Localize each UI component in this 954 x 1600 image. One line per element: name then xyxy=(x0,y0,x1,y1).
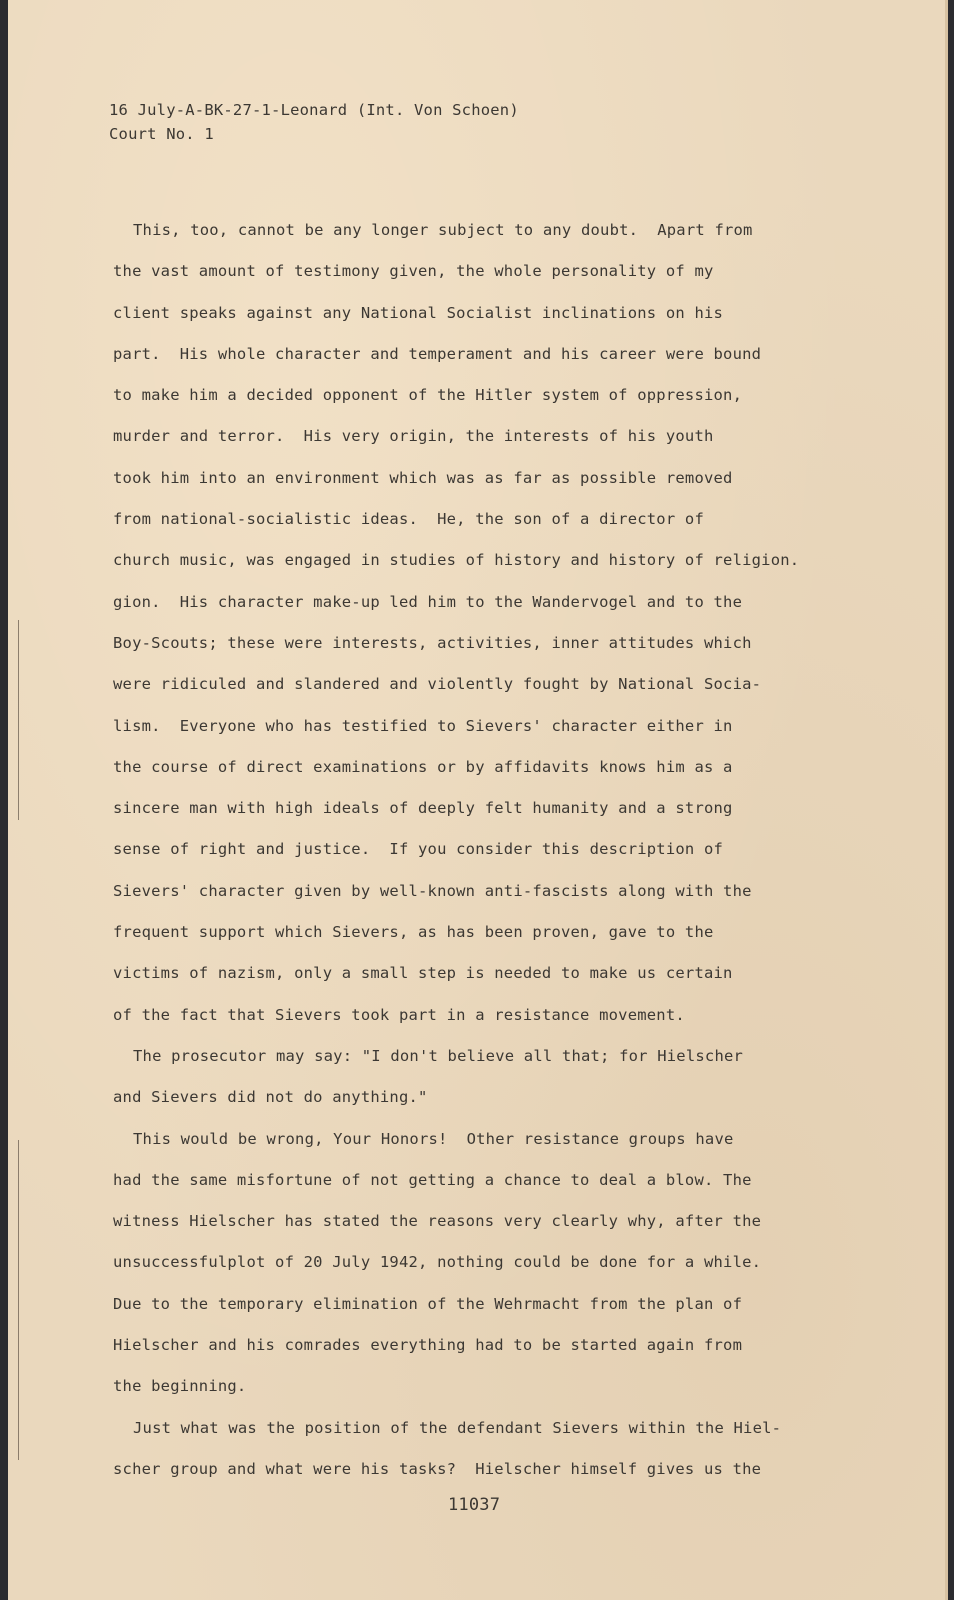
text-line: were ridiculed and slandered and violent… xyxy=(113,672,873,713)
text-line: Sievers' character given by well-known a… xyxy=(113,879,873,920)
text-line: This, too, cannot be any longer subject … xyxy=(113,218,873,259)
document-header: 16 July-A-BK-27-1-Leonard (Int. Von Scho… xyxy=(109,98,519,146)
text-line: Just what was the position of the defend… xyxy=(113,1416,873,1457)
text-line: client speaks against any National Socia… xyxy=(113,301,873,342)
text-line: sincere man with high ideals of deeply f… xyxy=(113,796,873,837)
text-line: the vast amount of testimony given, the … xyxy=(113,259,873,300)
scan-left-edge xyxy=(0,0,8,1600)
paper-crease xyxy=(18,1140,19,1460)
text-line: had the same misfortune of not getting a… xyxy=(113,1168,873,1209)
page-number: 11037 xyxy=(448,1495,500,1515)
text-line: victims of nazism, only a small step is … xyxy=(113,961,873,1002)
header-reference: 16 July-A-BK-27-1-Leonard (Int. Von Scho… xyxy=(109,98,519,122)
text-line: Boy-Scouts; these were interests, activi… xyxy=(113,631,873,672)
text-line: gion. His character make-up led him to t… xyxy=(113,590,873,631)
text-line: of the fact that Sievers took part in a … xyxy=(113,1003,873,1044)
text-line: murder and terror. His very origin, the … xyxy=(113,424,873,465)
text-line: witness Hielscher has stated the reasons… xyxy=(113,1209,873,1250)
text-line: frequent support which Sievers, as has b… xyxy=(113,920,873,961)
text-line: scher group and what were his tasks? Hie… xyxy=(113,1457,873,1498)
header-court: Court No. 1 xyxy=(109,122,519,146)
text-line: The prosecutor may say: "I don't believe… xyxy=(113,1044,873,1085)
text-line: to make him a decided opponent of the Hi… xyxy=(113,383,873,424)
document-body: This, too, cannot be any longer subject … xyxy=(113,218,873,1498)
text-line: from national-socialistic ideas. He, the… xyxy=(113,507,873,548)
text-line: Hielscher and his comrades everything ha… xyxy=(113,1333,873,1374)
text-line: lism. Everyone who has testified to Siev… xyxy=(113,714,873,755)
text-line: took him into an environment which was a… xyxy=(113,466,873,507)
text-line: Due to the temporary elimination of the … xyxy=(113,1292,873,1333)
text-line: This would be wrong, Your Honors! Other … xyxy=(113,1127,873,1168)
text-line: sense of right and justice. If you consi… xyxy=(113,837,873,878)
text-line: unsuccessfulplot of 20 July 1942, nothin… xyxy=(113,1250,873,1291)
text-line: and Sievers did not do anything." xyxy=(113,1085,873,1126)
document-page: 16 July-A-BK-27-1-Leonard (Int. Von Scho… xyxy=(8,0,948,1600)
text-line: church music, was engaged in studies of … xyxy=(113,548,873,589)
text-line: part. His whole character and temperamen… xyxy=(113,342,873,383)
text-line: the course of direct examinations or by … xyxy=(113,755,873,796)
text-line: the beginning. xyxy=(113,1374,873,1415)
paper-crease xyxy=(18,620,19,820)
